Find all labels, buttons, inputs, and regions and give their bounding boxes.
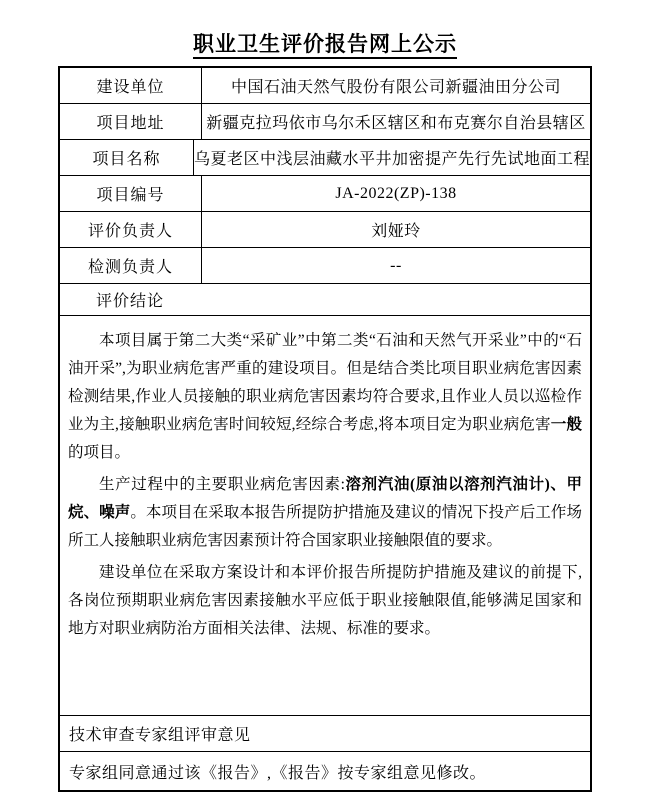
table-row-project-number: 项目编号 JA-2022(ZP)-138 — [60, 176, 590, 212]
document-page: 职业卫生评价报告网上公示 建设单位 中国石油天然气股份有限公司新疆油田分公司 项… — [0, 0, 650, 811]
review-header-row: 技术审查专家组评审意见 — [60, 716, 590, 752]
row-label: 评价负责人 — [60, 212, 202, 247]
row-label: 建设单位 — [60, 68, 202, 103]
table-row-evaluation-leader: 评价负责人 刘娅玲 — [60, 212, 590, 248]
row-label: 项目名称 — [60, 140, 194, 175]
table-row-project-name: 项目名称 乌夏老区中浅层油藏水平井加密提产先行先试地面工程 — [60, 140, 590, 176]
title-wrap: 职业卫生评价报告网上公示 — [0, 0, 650, 59]
conclusion-paragraph: 建设单位在采取方案设计和本评价报告所提防护措施及建议的前提下,各岗位预期职业病危… — [68, 559, 582, 643]
row-label: 项目编号 — [60, 176, 202, 211]
text-segment: 的项目。 — [68, 444, 130, 461]
row-value: 新疆克拉玛依市乌尔禾区辖区和布克赛尔自治县辖区 — [202, 104, 590, 139]
row-value: 刘娅玲 — [202, 212, 590, 247]
row-label: 项目地址 — [60, 104, 202, 139]
review-opinion-row: 专家组同意通过该《报告》,《报告》按专家组意见修改。 — [60, 752, 590, 790]
announcement-table: 建设单位 中国石油天然气股份有限公司新疆油田分公司 项目地址 新疆克拉玛依市乌尔… — [58, 66, 592, 792]
text-segment: 生产过程中的主要职业病危害因素: — [99, 476, 345, 493]
conclusion-paragraphs: 本项目属于第二大类“采矿业”中第二类“石油和天然气开采业”中的“石油开采”,为职… — [60, 316, 590, 716]
table-row-project-address: 项目地址 新疆克拉玛依市乌尔禾区辖区和布克赛尔自治县辖区 — [60, 104, 590, 140]
text-segment: 。本项目在采取本报告所提防护措施及建议的情况下投产后工作场所工人接触职业病危害因… — [68, 504, 582, 549]
text-segment: 本项目属于第二大类“采矿业”中第二类“石油和天然气开采业”中的“石油开采”,为职… — [68, 332, 582, 433]
text-segment: 建设单位在采取方案设计和本评价报告所提防护措施及建议的前提下,各岗位预期职业病危… — [68, 564, 582, 637]
row-value: -- — [202, 248, 590, 283]
bold-text-segment: 一般 — [551, 416, 582, 433]
conclusion-paragraph: 本项目属于第二大类“采矿业”中第二类“石油和天然气开采业”中的“石油开采”,为职… — [68, 327, 582, 467]
row-value: 乌夏老区中浅层油藏水平井加密提产先行先试地面工程 — [194, 140, 590, 175]
row-value: JA-2022(ZP)-138 — [202, 176, 590, 211]
row-value: 中国石油天然气股份有限公司新疆油田分公司 — [202, 68, 590, 103]
table-row-testing-leader: 检测负责人 -- — [60, 248, 590, 284]
row-label: 检测负责人 — [60, 248, 202, 283]
table-row-construction-unit: 建设单位 中国石油天然气股份有限公司新疆油田分公司 — [60, 68, 590, 104]
page-title: 职业卫生评价报告网上公示 — [193, 33, 457, 59]
conclusion-header-row: 评价结论 — [60, 284, 590, 316]
conclusion-paragraph: 生产过程中的主要职业病危害因素:溶剂汽油(原油以溶剂汽油计)、甲烷、噪声。本项目… — [68, 471, 582, 555]
